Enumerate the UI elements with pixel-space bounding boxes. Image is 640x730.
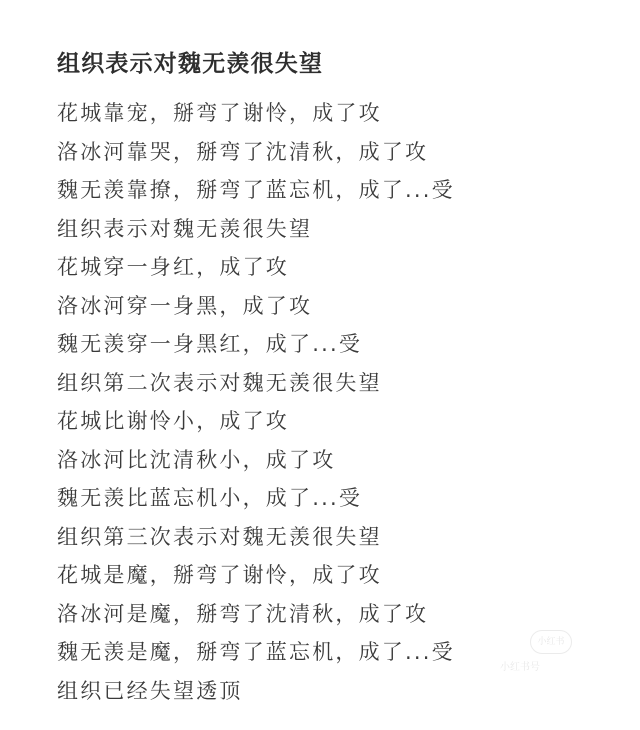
post-body: 花城靠宠，掰弯了谢怜，成了攻 洛冰河靠哭，掰弯了沈清秋，成了攻 魏无羡靠撩，掰弯… [57,94,617,710]
post-line: 组织第三次表示对魏无羡很失望 [57,518,617,557]
post-title: 组织表示对魏无羡很失望 [57,46,617,82]
post-line: 魏无羡比蓝忘机小，成了...受 [57,479,617,518]
post-line: 洛冰河是魔，掰弯了沈清秋，成了攻 [57,595,617,634]
watermark: 小红书 小红书号 [510,630,630,690]
post-line: 花城是魔，掰弯了谢怜，成了攻 [57,556,617,595]
post: 组织表示对魏无羡很失望 花城靠宠，掰弯了谢怜，成了攻 洛冰河靠哭，掰弯了沈清秋，… [57,46,617,710]
post-line: 组织表示对魏无羡很失望 [57,210,617,249]
post-line: 洛冰河靠哭，掰弯了沈清秋，成了攻 [57,133,617,172]
post-line: 魏无羡靠撩，掰弯了蓝忘机，成了...受 [57,171,617,210]
post-line: 组织第二次表示对魏无羡很失望 [57,364,617,403]
post-line: 洛冰河比沈清秋小，成了攻 [57,441,617,480]
post-line: 洛冰河穿一身黑，成了攻 [57,287,617,326]
watermark-logo-icon: 小红书 [530,630,572,654]
post-line: 花城穿一身红，成了攻 [57,248,617,287]
post-line: 魏无羡穿一身黑红，成了...受 [57,325,617,364]
post-line: 花城靠宠，掰弯了谢怜，成了攻 [57,94,617,133]
post-line: 花城比谢怜小，成了攻 [57,402,617,441]
watermark-text: 小红书号 [500,658,540,673]
